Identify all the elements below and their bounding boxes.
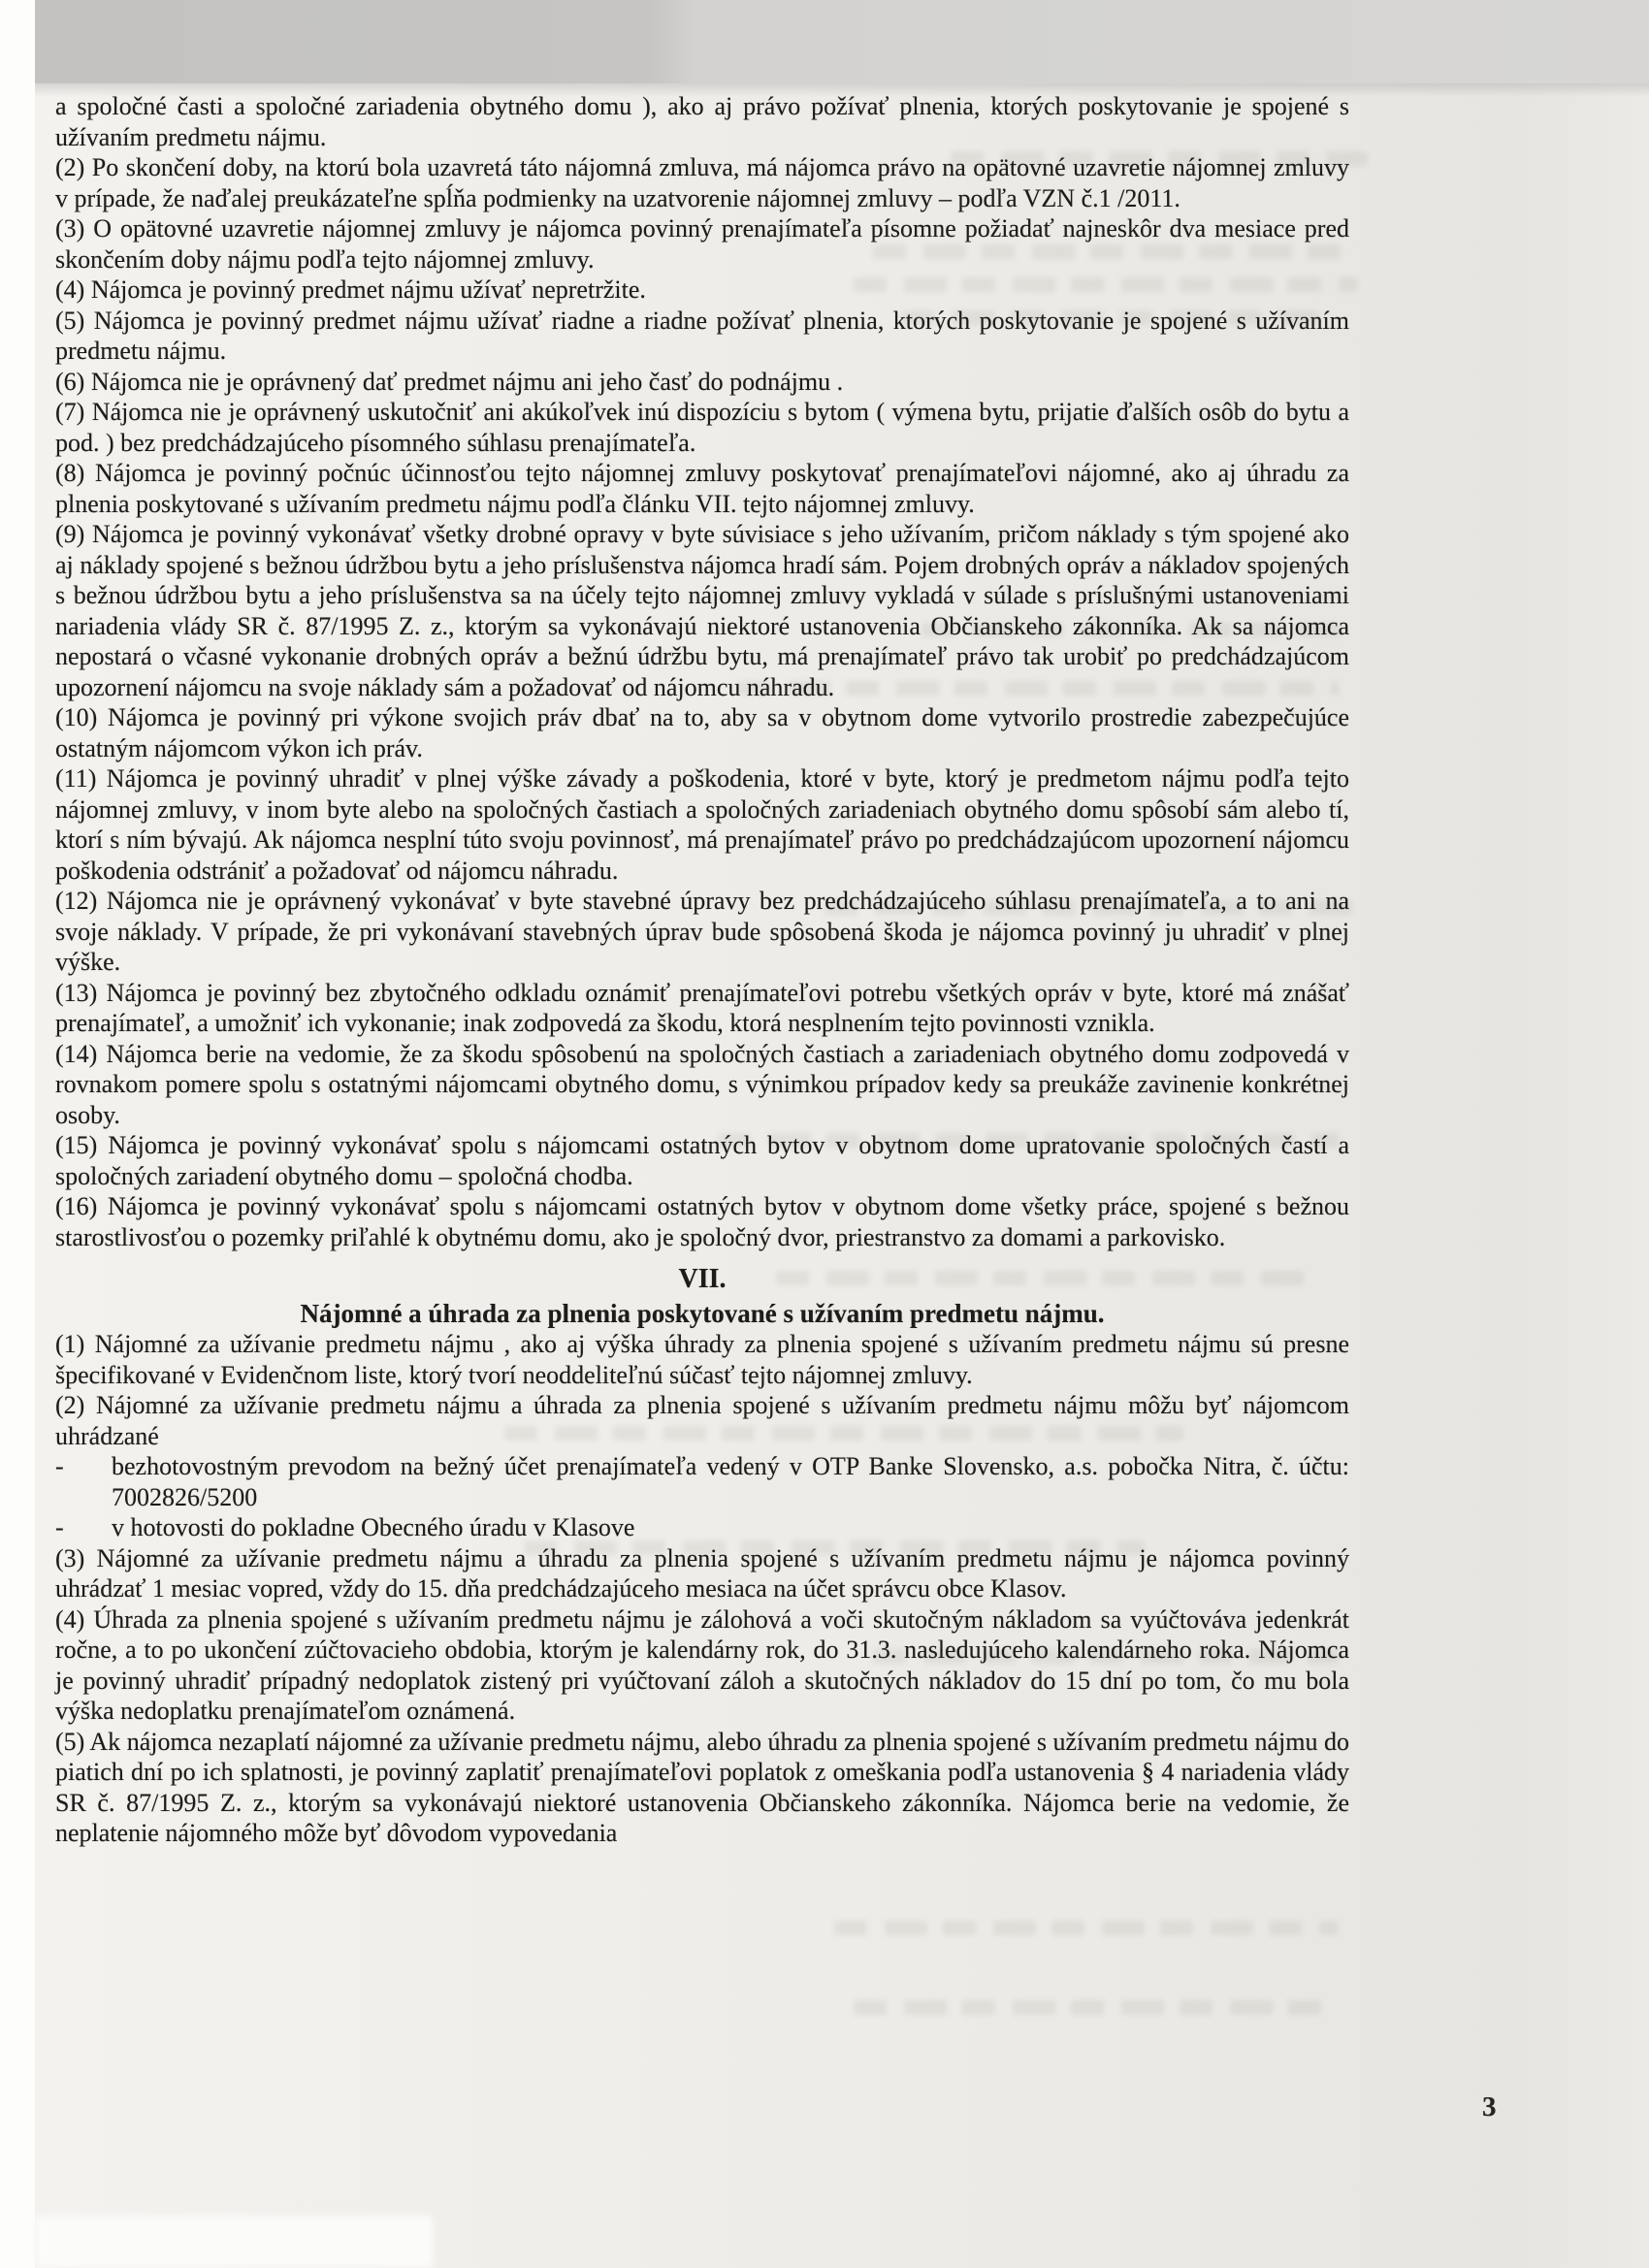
dash-marker: -: [55, 1512, 112, 1543]
clause-vi-16: (16) Nájomca je povinný vykonávať spolu …: [55, 1191, 1349, 1252]
clause-vi-15: (15) Nájomca je povinný vykonávať spolu …: [55, 1130, 1349, 1191]
clause-vii-4: (4) Úhrada za plnenia spojené s užívaním…: [55, 1604, 1349, 1727]
clause-vi-14: (14) Nájomca berie na vedomie, že za ško…: [55, 1039, 1349, 1131]
clause-vi-3: (3) O opätovné uzavretie nájomnej zmluvy…: [55, 213, 1349, 275]
scan-edge-strip: [0, 0, 35, 2268]
payment-method-text: v hotovosti do pokladne Obecného úradu v…: [112, 1512, 1349, 1543]
page-number: 3: [1482, 2091, 1497, 2123]
clause-vi-4: (4) Nájomca je povinný predmet nájmu uží…: [55, 275, 1349, 306]
clause-vi-12: (12) Nájomca nie je oprávnený vykonávať …: [55, 886, 1349, 978]
article-number: VII.: [55, 1264, 1349, 1295]
bleedthrough-artifact: [834, 1921, 1339, 1935]
dash-marker: -: [55, 1451, 112, 1512]
clause-vi-5: (5) Nájomca je povinný predmet nájmu uží…: [55, 306, 1349, 367]
clause-vi-7: (7) Nájomca nie je oprávnený uskutočniť …: [55, 397, 1349, 458]
scan-top-shadow: [35, 0, 1649, 83]
article-title: Nájomné a úhrada za plnenia poskytované …: [55, 1299, 1349, 1330]
payment-method-text: bezhotovostným prevodom na bežný účet pr…: [112, 1451, 1349, 1512]
payment-method-item: - v hotovosti do pokladne Obecného úradu…: [55, 1512, 1349, 1543]
clause-vi-6: (6) Nájomca nie je oprávnený dať predmet…: [55, 367, 1349, 398]
page-content: a spoločné časti a spoločné zariadenia o…: [55, 91, 1349, 1849]
bleedthrough-artifact: [854, 2000, 1339, 2015]
scanned-contract-page: a spoločné časti a spoločné zariadenia o…: [0, 0, 1649, 2268]
clause-vii-5: (5) Ak nájomca nezaplatí nájomné za užív…: [55, 1727, 1349, 1849]
article-vii-heading: VII. Nájomné a úhrada za plnenia poskyto…: [55, 1264, 1349, 1329]
clause-vii-2: (2) Nájomné za užívanie predmetu nájmu a…: [55, 1390, 1349, 1451]
clause-vi-11: (11) Nájomca je povinný uhradiť v plnej …: [55, 763, 1349, 886]
payment-method-item: - bezhotovostným prevodom na bežný účet …: [55, 1451, 1349, 1512]
clause-vi-13: (13) Nájomca je povinný bez zbytočného o…: [55, 978, 1349, 1039]
scan-bottom-highlight: [35, 2216, 433, 2268]
clause-vi-10: (10) Nájomca je povinný pri výkone svoji…: [55, 702, 1349, 763]
clause-vii-1: (1) Nájomné za užívanie predmetu nájmu ,…: [55, 1329, 1349, 1390]
clause-vii-3: (3) Nájomné za užívanie predmetu nájmu a…: [55, 1543, 1349, 1604]
clause-vi-8: (8) Nájomca je povinný počnúc účinnosťou…: [55, 458, 1349, 519]
clause-vi-9: (9) Nájomca je povinný vykonávať všetky …: [55, 519, 1349, 702]
clause-vi-2: (2) Po skončení doby, na ktorú bola uzav…: [55, 152, 1349, 213]
paragraph-continuation: a spoločné časti a spoločné zariadenia o…: [55, 91, 1349, 152]
